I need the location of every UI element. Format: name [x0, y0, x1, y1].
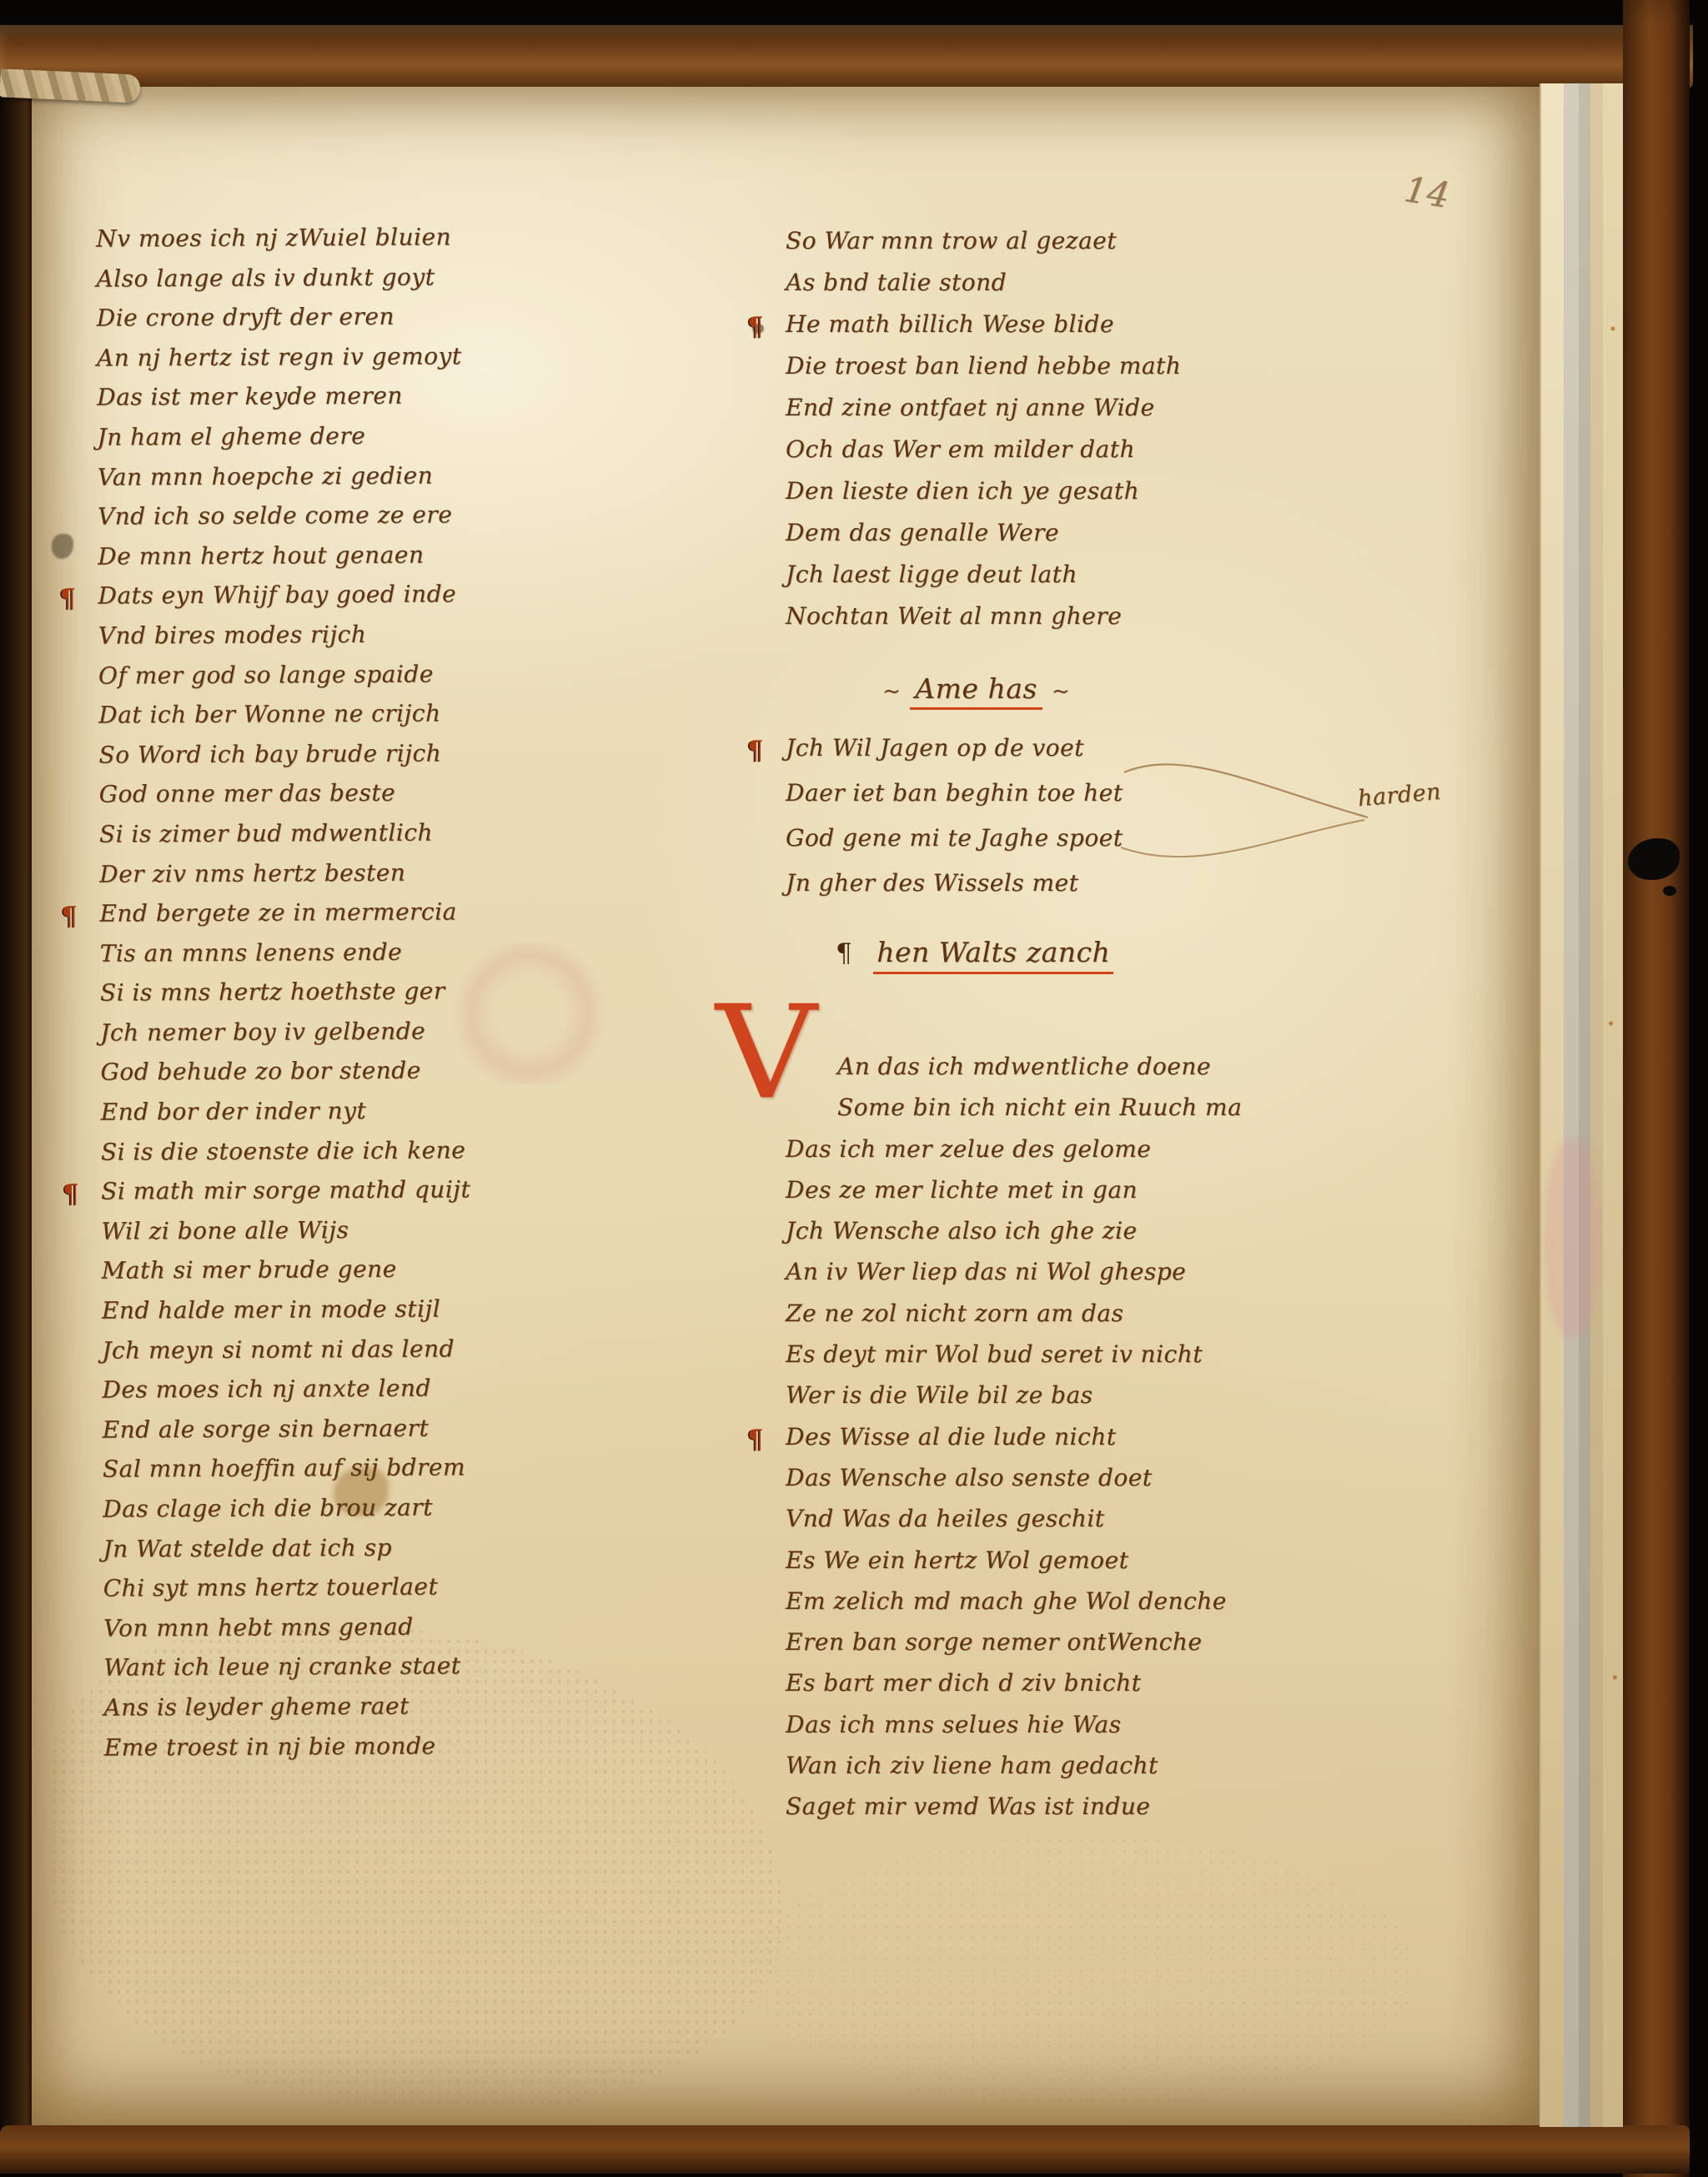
line-text: Want ich leue nj cranke staet	[103, 1652, 460, 1682]
pilcrow-mark: ¶	[747, 312, 764, 342]
leather-binding-top	[0, 25, 1693, 90]
pilcrow-mark: ¶	[836, 938, 852, 968]
text-line: Jn ham el gheme dere	[97, 420, 614, 463]
line-text: Wan ich ziv liene ham gedacht	[786, 1752, 1158, 1779]
line-text: Jch meyn si nomt ni das lend	[102, 1335, 455, 1364]
text-line: Want ich leue nj cranke staet	[103, 1652, 620, 1694]
pilcrow-mark: ¶	[59, 584, 76, 614]
text-line: God behude zo bor stende	[100, 1056, 617, 1099]
line-text: Es bart mer dich d ziv bnicht	[786, 1669, 1141, 1697]
line-text: Si is die stoenste die ich kene	[101, 1136, 466, 1165]
line-text: Nochtan Weit al mnn ghere	[786, 602, 1122, 630]
line-text: Daer iet ban beghin toe het	[786, 779, 1123, 807]
page-edge	[1579, 83, 1590, 2127]
text-line: Wan ich ziv liene ham gedacht	[786, 1752, 1453, 1792]
heading-text: hen Walts zanch	[873, 936, 1113, 974]
line-text: Em zelich md mach ghe Wol denche	[786, 1587, 1227, 1615]
tilde-mark: ~	[882, 679, 901, 704]
text-line: Jch nemer boy iv gelbende	[100, 1016, 617, 1058]
text-line: Wer is die Wile bil ze bas	[786, 1381, 1453, 1422]
pilcrow-mark: ¶	[747, 736, 764, 766]
line-text: Eren ban sorge nemer ontWenche	[786, 1628, 1202, 1656]
song-heading-ame-has: ~ Ame has ~	[882, 672, 1070, 705]
text-line: ¶Des Wisse al die lude nicht	[786, 1423, 1453, 1464]
line-text: Math si mer brude gene	[102, 1255, 397, 1285]
text-line: Des ze mer lichte met in gan	[786, 1176, 1453, 1217]
text-line: Math si mer brude gene	[102, 1254, 619, 1297]
line-text: Sal mnn hoeffin auf sij bdrem	[103, 1454, 465, 1483]
line-text: Si math mir sorge mathd quijt	[101, 1176, 470, 1205]
page-edge	[1603, 83, 1623, 2127]
text-line: ¶End bergete ze in mermercia	[99, 897, 616, 939]
text-line: End ale sorge sin bernaert	[103, 1413, 620, 1456]
line-text: Jn gher des Wissels met	[786, 869, 1078, 897]
line-text: Dats eyn Whijf bay goed inde	[98, 581, 456, 610]
line-text: He math billich Wese blide	[786, 310, 1114, 338]
pen-flourish	[1118, 741, 1384, 899]
line-text: Si is zimer bud mdwentlich	[99, 818, 433, 847]
line-text: End bor der inder nyt	[101, 1097, 367, 1126]
text-line: End bor der inder nyt	[101, 1095, 618, 1138]
line-text: Das ich mer zelue des gelome	[786, 1135, 1151, 1163]
line-text: Tis an mnns lenens ende	[100, 938, 403, 967]
text-line: So Word ich bay brude rijch	[98, 738, 615, 781]
line-text: Des ze mer lichte met in gan	[786, 1176, 1138, 1204]
text-line: ¶He math billich Wese blide	[786, 310, 1453, 352]
line-text: Wer is die Wile bil ze bas	[786, 1381, 1093, 1409]
text-line: Ze ne zol nicht zorn am das	[786, 1300, 1453, 1340]
text-line: Vnd ich so selde come ze ere	[98, 500, 615, 543]
text-line: Vnd Was da heiles geschit	[786, 1505, 1453, 1546]
text-line: Des moes ich nj anxte lend	[102, 1374, 619, 1416]
line-text: De mnn hertz hout genaen	[98, 540, 424, 570]
text-line: Ans is leyder gheme raet	[103, 1691, 620, 1733]
song-heading-walts-zanch: ¶ hen Walts zanch	[836, 936, 1113, 968]
text-line: So War mnn trow al gezaet	[786, 227, 1453, 269]
page-edge	[1590, 83, 1604, 2127]
line-text: Dat ich ber Wonne ne crijch	[98, 700, 441, 729]
text-line: Si is die stoenste die ich kene	[101, 1135, 618, 1178]
line-text: Von mnn hebt mns genad	[103, 1612, 414, 1642]
left-text-column: Nv moes ich nj zWuiel bluienAlso lange a…	[96, 222, 621, 1772]
text-line: Eme troest in nj bie monde	[104, 1731, 621, 1773]
text-line: God onne mer das beste	[99, 778, 616, 821]
text-line: Von mnn hebt mns genad	[103, 1611, 620, 1654]
text-line: Wil zi bone alle Wijs	[101, 1214, 618, 1257]
page-stack-edges	[1540, 83, 1623, 2127]
text-line: Es We ein hertz Wol gemoet	[786, 1546, 1453, 1587]
sewing-cord	[0, 68, 141, 103]
leather-binding-bottom	[0, 2125, 1690, 2174]
line-text: Jch laest ligge deut lath	[786, 561, 1078, 588]
text-line: Jch Wensche also ich ghe zie	[786, 1217, 1453, 1258]
line-text: End halde mer in mode stijl	[102, 1295, 440, 1325]
line-text: Das Wensche also senste doet	[786, 1464, 1153, 1491]
line-text: Das ist mer keyde meren	[97, 382, 403, 411]
text-line: Of mer god so lange spaide	[98, 659, 615, 701]
pilcrow-mark: ¶	[61, 902, 78, 932]
text-line: Es bart mer dich d ziv bnicht	[786, 1669, 1453, 1710]
tilde-mark: ~	[1052, 679, 1070, 704]
line-text: End zine ontfaet nj anne Wide	[786, 394, 1155, 421]
text-line: End halde mer in mode stijl	[102, 1294, 619, 1336]
heading-text: Ame has	[910, 672, 1042, 710]
page-edge	[1564, 83, 1579, 2127]
pilcrow-mark: ¶	[747, 1425, 764, 1455]
text-line: Si is zimer bud mdwentlich	[99, 817, 616, 860]
text-line: Saget mir vemd Was ist indue	[786, 1792, 1453, 1833]
line-text: Jn ham el gheme dere	[97, 422, 365, 451]
line-text: Jch Wil Jagen op de voet	[786, 734, 1084, 762]
line-text: Jch nemer boy iv gelbende	[100, 1017, 425, 1046]
line-text: Dem das genalle Were	[786, 519, 1059, 546]
leather-binding-right	[1623, 0, 1690, 2177]
text-line: ¶Dats eyn Whijf bay goed inde	[98, 580, 615, 622]
folio-number: 14	[1402, 168, 1453, 216]
text-line: Em zelich md mach ghe Wol denche	[786, 1587, 1453, 1628]
right-text-column-stanza-1: So War mnn trow al gezaetAs bnd talie st…	[786, 227, 1453, 644]
line-text: Eme troest in nj bie monde	[104, 1732, 436, 1761]
line-text: End bergete ze in mermercia	[99, 897, 457, 927]
text-line: De mnn hertz hout genaen	[98, 540, 615, 582]
line-text: An nj hertz ist regn iv gemoyt	[97, 342, 462, 371]
line-text: Des Wisse al die lude nicht	[786, 1423, 1116, 1450]
text-line: An iv Wer liep das ni Wol ghespe	[786, 1258, 1453, 1299]
line-text: Wil zi bone alle Wijs	[101, 1216, 349, 1245]
page-edge	[1540, 83, 1564, 2127]
line-text: Das clage ich die brou zart	[103, 1494, 433, 1523]
text-line: Also lange als iv dunkt goyt	[96, 262, 613, 304]
text-line: Die crone dryft der eren	[97, 302, 614, 344]
line-text: So Word ich bay brude rijch	[98, 739, 441, 768]
line-text: Es deyt mir Wol bud seret iv nicht	[786, 1340, 1203, 1368]
line-text: Das ich mns selues hie Was	[786, 1711, 1121, 1738]
line-text: Chi syt mns hertz touerlaet	[103, 1573, 439, 1602]
text-line: An das ich mdwentliche doene	[786, 1053, 1453, 1094]
text-line: Das ich mer zelue des gelome	[786, 1135, 1453, 1176]
line-text: Of mer god so lange spaide	[98, 660, 434, 689]
text-line: Es deyt mir Wol bud seret iv nicht	[786, 1340, 1453, 1381]
text-line: Dat ich ber Wonne ne crijch	[98, 699, 615, 742]
line-text: Si is mns hertz hoethste ger	[100, 978, 445, 1007]
line-text: So War mnn trow al gezaet	[786, 227, 1117, 254]
line-text: Ze ne zol nicht zorn am das	[786, 1300, 1123, 1327]
text-line: Das ich mns selues hie Was	[786, 1711, 1453, 1752]
line-text: Jn Wat stelde dat ich sp	[103, 1533, 392, 1562]
pilcrow-mark: ¶	[63, 1179, 79, 1209]
line-text: Des moes ich nj anxte lend	[102, 1375, 431, 1404]
line-text: Vnd ich so selde come ze ere	[98, 501, 453, 530]
line-text: End ale sorge sin bernaert	[103, 1414, 430, 1443]
line-text: Die crone dryft der eren	[97, 303, 394, 332]
line-text: God behude zo bor stende	[100, 1057, 420, 1086]
parchment-texture	[751, 1835, 1418, 2110]
line-text: Vnd Was da heiles geschit	[786, 1505, 1105, 1532]
text-line: Jn Wat stelde dat ich sp	[103, 1532, 620, 1575]
text-line: Der ziv nms hertz besten	[99, 857, 616, 900]
ink-blot	[1663, 886, 1676, 896]
line-text: Die troest ban liend hebbe math	[786, 352, 1181, 380]
text-line: Den lieste dien ich ye gesath	[786, 477, 1453, 519]
line-text: Vnd bires modes rijch	[98, 621, 367, 650]
line-text: Den lieste dien ich ye gesath	[786, 477, 1139, 505]
text-line: An nj hertz ist regn iv gemoyt	[97, 341, 614, 384]
text-line: Van mnn hoepche zi gedien	[98, 460, 615, 503]
text-line: End zine ontfaet nj anne Wide	[786, 394, 1453, 435]
text-line: Si is mns hertz hoethste ger	[100, 977, 617, 1019]
text-line: Jch laest ligge deut lath	[786, 561, 1453, 602]
line-text: An das ich mdwentliche doene	[837, 1053, 1211, 1080]
text-line: Das Wensche also senste doet	[786, 1464, 1453, 1505]
line-text: Nv moes ich nj zWuiel bluien	[96, 223, 451, 252]
text-line: Das clage ich die brou zart	[103, 1492, 620, 1535]
line-text: Van mnn hoepche zi gedien	[98, 461, 434, 490]
line-text: Ans is leyder gheme raet	[103, 1692, 409, 1722]
text-line: Och das Wer em milder dath	[786, 435, 1453, 477]
text-line: Vnd bires modes rijch	[98, 619, 615, 661]
line-text: Saget mir vemd Was ist indue	[786, 1792, 1150, 1820]
text-line: Eren ban sorge nemer ontWenche	[786, 1628, 1453, 1669]
pink-stain	[1545, 1139, 1600, 1339]
line-text: God onne mer das beste	[99, 779, 396, 808]
text-line: Tis an mnns lenens ende	[100, 937, 617, 979]
line-text: Some bin ich nicht ein Ruuch ma	[837, 1094, 1242, 1121]
text-line: Some bin ich nicht ein Ruuch ma	[786, 1094, 1453, 1134]
text-line: Nochtan Weit al mnn ghere	[786, 602, 1453, 644]
line-text: Es We ein hertz Wol gemoet	[786, 1546, 1128, 1574]
right-text-column-stanza-3: An das ich mdwentliche doeneSome bin ich…	[786, 1053, 1453, 1834]
text-line: Das ist mer keyde meren	[97, 381, 614, 424]
text-line: Dem das genalle Were	[786, 519, 1453, 561]
text-line: Sal mnn hoeffin auf sij bdrem	[103, 1453, 620, 1496]
text-line: Nv moes ich nj zWuiel bluien	[96, 222, 613, 264]
line-text: As bnd talie stond	[786, 269, 1007, 296]
text-line: Jch meyn si nomt ni das lend	[102, 1334, 619, 1376]
line-text: Och das Wer em milder dath	[786, 435, 1135, 463]
line-text: God gene mi te Jaghe spoet	[786, 824, 1123, 852]
text-line: Die troest ban liend hebbe math	[786, 352, 1453, 394]
text-line: ¶Si math mir sorge mathd quijt	[101, 1175, 618, 1218]
line-text: Der ziv nms hertz besten	[99, 858, 405, 887]
line-text: Also lange als iv dunkt goyt	[96, 263, 435, 292]
text-line: Chi syt mns hertz touerlaet	[103, 1572, 620, 1615]
line-text: An iv Wer liep das ni Wol ghespe	[786, 1258, 1186, 1285]
manuscript-photo: 14 Nv moes ich nj zWuiel bluienAlso lang…	[0, 0, 1708, 2177]
leather-binding-left	[0, 80, 32, 2140]
text-line: As bnd talie stond	[786, 269, 1453, 310]
line-text: Jch Wensche also ich ghe zie	[786, 1217, 1138, 1244]
